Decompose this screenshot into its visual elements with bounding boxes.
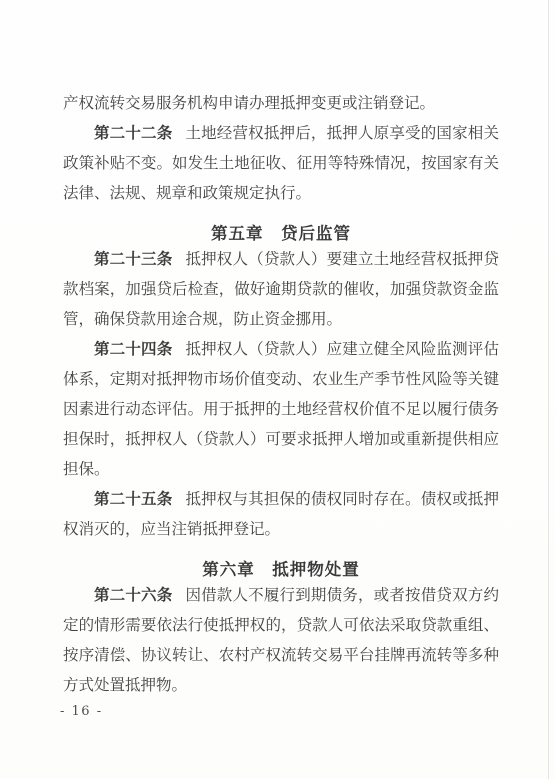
page-content: 产权流转交易服务机构申请办理抵押变更或注销登记。 第二十二条土地经营权抵押后，抵… [63, 88, 499, 700]
paragraph-continuation: 产权流转交易服务机构申请办理抵押变更或注销登记。 [63, 88, 499, 118]
article-26: 第二十六条因借款人不履行到期债务，或者按借贷双方约定的情形需要依法行使抵押权的，… [63, 580, 499, 700]
article-23-label: 第二十三条 [94, 249, 172, 268]
article-25-label: 第二十五条 [94, 489, 172, 508]
page-number: - 16 - [60, 704, 103, 719]
article-25: 第二十五条抵押权与其担保的债权同时存在。债权或抵押权消灭的，应当注销抵押登记。 [63, 484, 499, 544]
scan-edge-line [548, 0, 549, 779]
article-23: 第二十三条抵押权人（贷款人）要建立土地经营权抵押贷款档案，加强贷后检查，做好逾期… [63, 244, 499, 334]
chapter-5-heading: 第五章 贷后监管 [63, 224, 499, 244]
article-22: 第二十二条土地经营权抵押后，抵押人原享受的国家相关政策补贴不变。如发生土地征收、… [63, 118, 499, 208]
article-22-label: 第二十二条 [94, 123, 172, 142]
scanned-document-page: 产权流转交易服务机构申请办理抵押变更或注销登记。 第二十二条土地经营权抵押后，抵… [0, 0, 555, 779]
article-24-label: 第二十四条 [94, 339, 172, 358]
article-24: 第二十四条抵押权人（贷款人）应建立健全风险监测评估体系，定期对抵押物市场价值变动… [63, 334, 499, 484]
chapter-6-heading: 第六章 抵押物处置 [63, 560, 499, 580]
article-24-text: 抵押权人（贷款人）应建立健全风险监测评估体系，定期对抵押物市场价值变动、农业生产… [63, 340, 499, 478]
article-26-label: 第二十六条 [94, 585, 172, 604]
